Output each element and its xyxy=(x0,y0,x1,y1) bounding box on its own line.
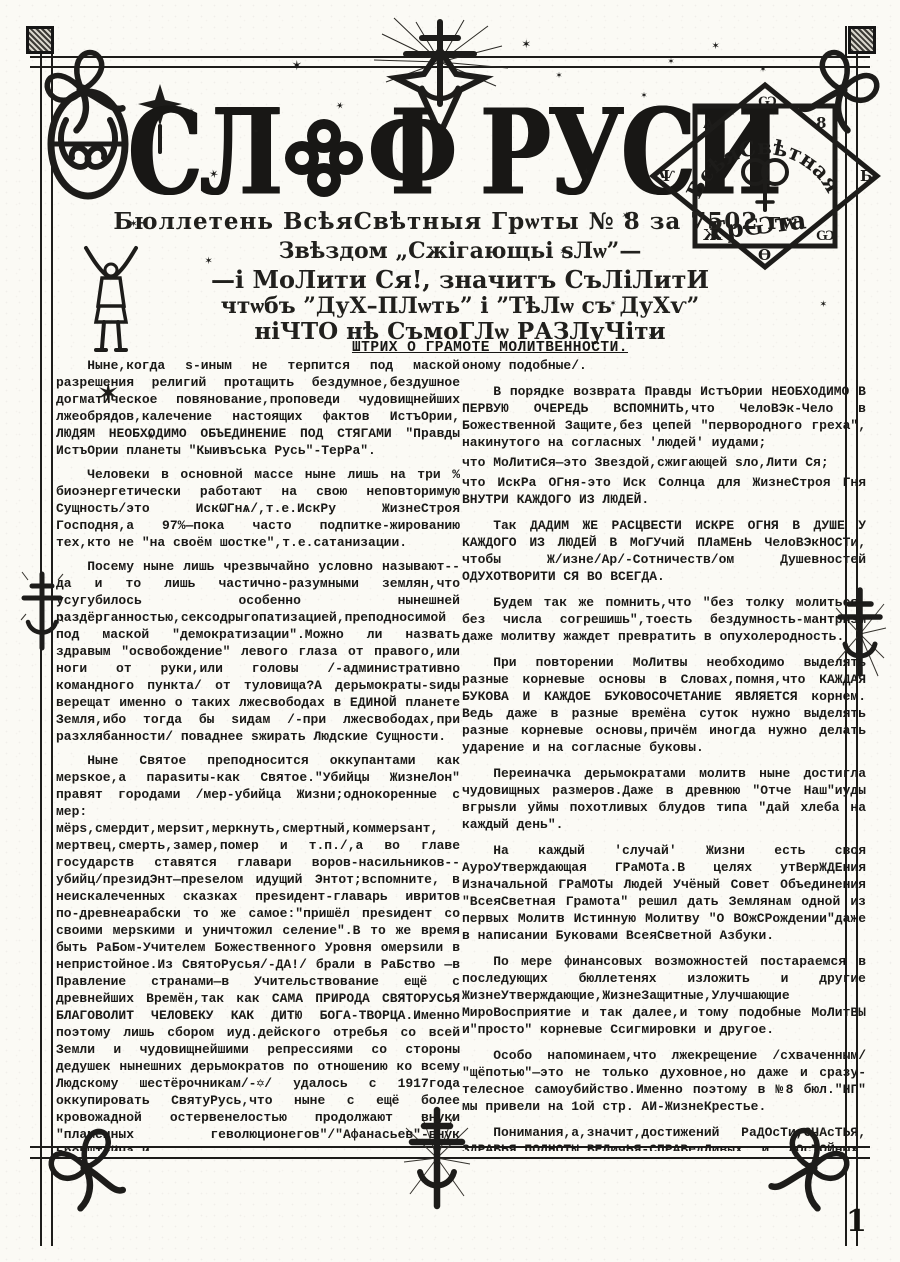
star-icon: ✶ xyxy=(522,38,530,52)
paragraph: В порядке возврата Правды ИстъОрии НЕОБХ… xyxy=(462,383,866,451)
star-icon: ✶ xyxy=(610,300,616,310)
star-icon: ✶ xyxy=(560,246,567,258)
paragraph: Так ДАДИМ ЖЕ РАСЦВЕСТИ ИСКРЕ ОГНЯ В ДУШЕ… xyxy=(462,517,866,585)
star-icon: ✶ xyxy=(820,300,827,311)
paragraph: Понимания,а,значит,достижений РаДОсТи,СЧ… xyxy=(462,1124,866,1151)
motto-line-2: —і МоЛити Ся!, значитъ СъЛіЛитИ xyxy=(110,265,810,294)
paragraph: что МоЛитиСя—это Звездой,сжигающей ѕло,Л… xyxy=(462,454,866,471)
star-icon: ✶ xyxy=(556,72,562,82)
stamp-letter-br: Ѡ xyxy=(816,226,835,244)
motto-line-1: Звѣздом „Сжігающьі ѕЛѡ”— xyxy=(110,238,810,264)
right-column: оному подобные/. В порядке возврата Прав… xyxy=(462,357,866,1151)
left-column: Ныне,когда ѕ-иным не терпится под маской… xyxy=(56,357,460,1151)
paragraph: По мере финансовых возможностей постарае… xyxy=(462,953,866,1038)
scanned-bulletin-page: СЛ Ф РУСИ ВсѣяСвѣтная ГрѠта Ѧ 8 Ж Ѡ xyxy=(0,0,900,1262)
star-icon: ✶ xyxy=(582,166,590,180)
paragraph: Человеки в основной массе ныне лишь на т… xyxy=(56,466,460,551)
star-icon: ✶ xyxy=(668,58,674,68)
star-icon: ✶ xyxy=(188,108,194,118)
stamp-letter-tr: 8 xyxy=(816,114,826,132)
page-number: 1 xyxy=(846,1204,867,1239)
paragraph: При повторении МоЛитвы необходимо выделя… xyxy=(462,654,866,756)
bulletin-line: Бюллетень ВсѣяСвѣтныя Грѡты № 8 за 7502 … xyxy=(110,208,810,235)
paragraph: Переиначка дерьмократами молитв ныне дос… xyxy=(462,765,866,833)
omega-emblem-icon xyxy=(46,86,130,202)
paragraph: Особо напоминаем,что лжекрещение /схваче… xyxy=(462,1047,866,1115)
star-icon: ✶ xyxy=(641,92,647,102)
paragraph: оному подобные/. xyxy=(462,357,866,374)
stamp-letter-left: Ѱ xyxy=(658,167,675,185)
star-icon: ✶ xyxy=(292,58,302,74)
star-icon: ✶ xyxy=(253,128,259,138)
paragraph: Ныне Святое преподносится оккупантами ка… xyxy=(56,752,460,1151)
star-icon: ✶ xyxy=(130,218,137,230)
stamp-center-glyph xyxy=(743,160,787,210)
stamp-letter-tl: Ѧ xyxy=(703,114,714,132)
star-icon: ✶ xyxy=(648,330,655,342)
motto-line-3: чтѡбъ ”ДуХ–ПЛѡть” і ”ТѣЛѡ съ ДуХѵ” xyxy=(110,293,810,319)
stamp-letter-right: Б xyxy=(860,167,873,185)
title-letters-mid: Ф xyxy=(368,102,454,206)
stamp-letter-top: Ѡ xyxy=(758,92,777,110)
star-icon: ✶ xyxy=(205,255,212,267)
flower-letter-o-icon xyxy=(282,116,366,202)
title-letters-left: СЛ xyxy=(128,102,280,206)
paragraph: Ныне,когда ѕ-иным не терпится под маской… xyxy=(56,357,460,459)
paragraph: что ИскРа ОГня-это Иск Солнца для ЖизнеС… xyxy=(462,474,866,508)
star-icon: ✶ xyxy=(760,66,766,76)
section-heading: ШТРИХ О ГРАМОТЕ МОЛИТВЕННОСТИ. xyxy=(240,340,740,356)
star-icon: ✶ xyxy=(712,40,719,52)
paragraph: Посему ныне лишь чрезвычайно условно наз… xyxy=(56,558,460,745)
paragraph: Будем так же помнить,что "без толку моли… xyxy=(462,594,866,645)
paragraph: На каждый 'случай' Жизни есть своя АуроУ… xyxy=(462,842,866,944)
